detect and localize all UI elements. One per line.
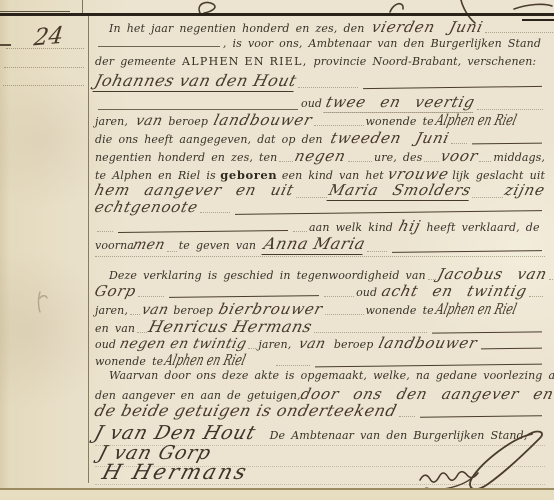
margin-dotted-line	[6, 48, 84, 49]
line-birth-time: negentien honderd en zes, ten negen ure,…	[95, 147, 545, 165]
informant-age: twee en veertig	[324, 93, 478, 113]
line-signature-informant: J van Den Hout De Ambtenaar van den Burg…	[95, 422, 545, 444]
printed-text: beroep	[173, 304, 213, 317]
printed-text: aan welk kind	[309, 221, 393, 234]
printed-text: ure, des	[374, 151, 422, 164]
handwritten-text: van	[134, 113, 164, 129]
line-child-name: voorna men te geven van Anna Maria	[95, 234, 545, 255]
margin-vertical-rule	[88, 16, 89, 483]
line-municipality: der gemeente ALPHEN EN RIEL, provincie N…	[95, 55, 545, 68]
witness2-residence: Alphen en Riel	[163, 351, 248, 369]
witness1-name-part2: Gorp	[93, 282, 138, 300]
margin-vertical-rule-top	[82, 0, 83, 13]
municipality-name: ALPHEN EN RIEL,	[182, 55, 308, 68]
printed-text: In het jaar negentien honderd en zes, de…	[109, 22, 364, 35]
line-witness1: Gorp oud acht en twintig	[95, 282, 545, 300]
printed-text: heeft verklaard, de	[426, 221, 539, 234]
line-birth-date: die ons heeft aangegeven, dat op den twe…	[95, 129, 545, 147]
witness2-age: negen en twintig	[118, 336, 248, 352]
printed-text: negentien honderd en zes, ten	[95, 151, 277, 164]
printed-text: jaren,	[258, 338, 291, 351]
line-opening-date: In het jaar negentien honderd en zes, de…	[95, 18, 554, 36]
printed-text: wonende te	[366, 304, 434, 317]
handwritten-text: echtgenoote	[93, 198, 200, 216]
line-closing3: de beide getuigen is onderteekend	[95, 401, 545, 420]
line-age: oud twee en veertig	[95, 93, 545, 113]
top-rule-thin	[0, 11, 70, 12]
witness1-age: acht en twintig	[380, 282, 529, 300]
informant-name: Johannes van den Hout	[92, 71, 299, 92]
printed-text: wonende te	[366, 115, 434, 128]
line-registrar: , is voor ons, Ambtenaar van den Burgerl…	[95, 37, 545, 50]
margin-dotted-line	[3, 85, 84, 86]
line-witness1-profession: jaren, van beroep bierbrouwer wonende te…	[95, 300, 545, 318]
printed-text: die ons heeft aangegeven, dat op den	[95, 133, 323, 146]
line-spouse: echtgenoote	[95, 198, 545, 216]
line-informant-name: Johannes van den Hout	[95, 71, 545, 91]
printed-text: oud	[95, 338, 116, 351]
printed-text: der gemeente	[95, 55, 176, 68]
line-profession-residence: jaren, van beroep landbouwer wonende te …	[95, 111, 545, 129]
printed-bold-geboren: geboren	[220, 168, 277, 182]
time-of-day: voor	[438, 147, 479, 165]
margin-dotted-line	[4, 67, 84, 68]
printed-text: jaren,	[95, 304, 128, 317]
witness2-profession: landbouwer	[377, 334, 480, 352]
printed-text: Deze verklaring is geschied in tegenwoor…	[109, 269, 426, 282]
margin-pencil-mark	[30, 290, 50, 314]
printed-text: Waarvan door ons deze akte is opgemaakt,…	[109, 369, 554, 382]
margin-dash	[0, 44, 11, 46]
printed-text: wonende te	[95, 355, 163, 368]
printed-text: te geven van	[179, 239, 256, 252]
line-signature-witness2: H Hermans	[95, 460, 545, 486]
signature-guide-line	[95, 484, 545, 485]
informant-signature: J van Den Hout	[92, 422, 259, 444]
line-witness2-residence: wonende te Alphen en Riel	[95, 351, 545, 369]
line-witness2-profession: oud negen en twintig jaren, van beroep l…	[95, 334, 545, 352]
handwritten-text: hij	[397, 217, 423, 235]
printed-text: voorna	[95, 239, 134, 252]
witness1-residence: Alphen en Riel	[434, 300, 519, 318]
handwritten-text: van	[297, 336, 327, 352]
officiant-title: De Ambtenaar van den Burgerlijken Stand,	[270, 429, 528, 442]
birth-hour: negen	[293, 147, 348, 165]
printed-text: oud	[301, 97, 322, 110]
line-closing1: Waarvan door ons deze akte is opgemaakt,…	[95, 369, 554, 382]
handwritten-text: zijne	[503, 181, 547, 199]
witness1-profession: bierbrouwer	[217, 300, 325, 318]
birth-certificate-scan: 24 In het jaar negentien honderd en zes,…	[0, 0, 554, 500]
line-witnesses-intro: Deze verklaring is geschied in tegenwoor…	[95, 265, 554, 283]
handwritten-text: de beide getuigen is onderteekend	[93, 401, 399, 420]
printed-text: , is voor ons, Ambtenaar van den Burgerl…	[223, 37, 541, 50]
section-separator	[95, 256, 545, 257]
informant-profession: landbouwer	[212, 111, 315, 129]
informant-residence: Alphen en Riel	[434, 111, 519, 129]
handwritten-text: hem aangever en uit	[93, 181, 296, 199]
line-declaration: aan welk kind hij heeft verklaard, de	[95, 217, 545, 235]
handwritten-text: men	[131, 237, 167, 253]
printed-text: middags,	[493, 151, 545, 164]
top-rule	[0, 13, 554, 16]
witness1-name-part1: Jacobus van	[435, 265, 548, 283]
printed-text: provincie Noord-Brabant, verschenen:	[314, 55, 537, 68]
printed-text: beroep	[168, 115, 208, 128]
handwritten-text: van	[140, 302, 170, 318]
printed-text: beroep	[334, 338, 374, 351]
witness2-signature: H Hermans	[100, 460, 252, 484]
child-name: Anna Maria	[261, 234, 367, 255]
printed-text: jaren,	[95, 115, 128, 128]
birth-date: tweeden Juni	[328, 129, 451, 147]
printed-text: oud	[356, 286, 377, 299]
page-edge-strip	[0, 488, 554, 500]
handwritten-date: vierden Juni	[370, 18, 485, 36]
